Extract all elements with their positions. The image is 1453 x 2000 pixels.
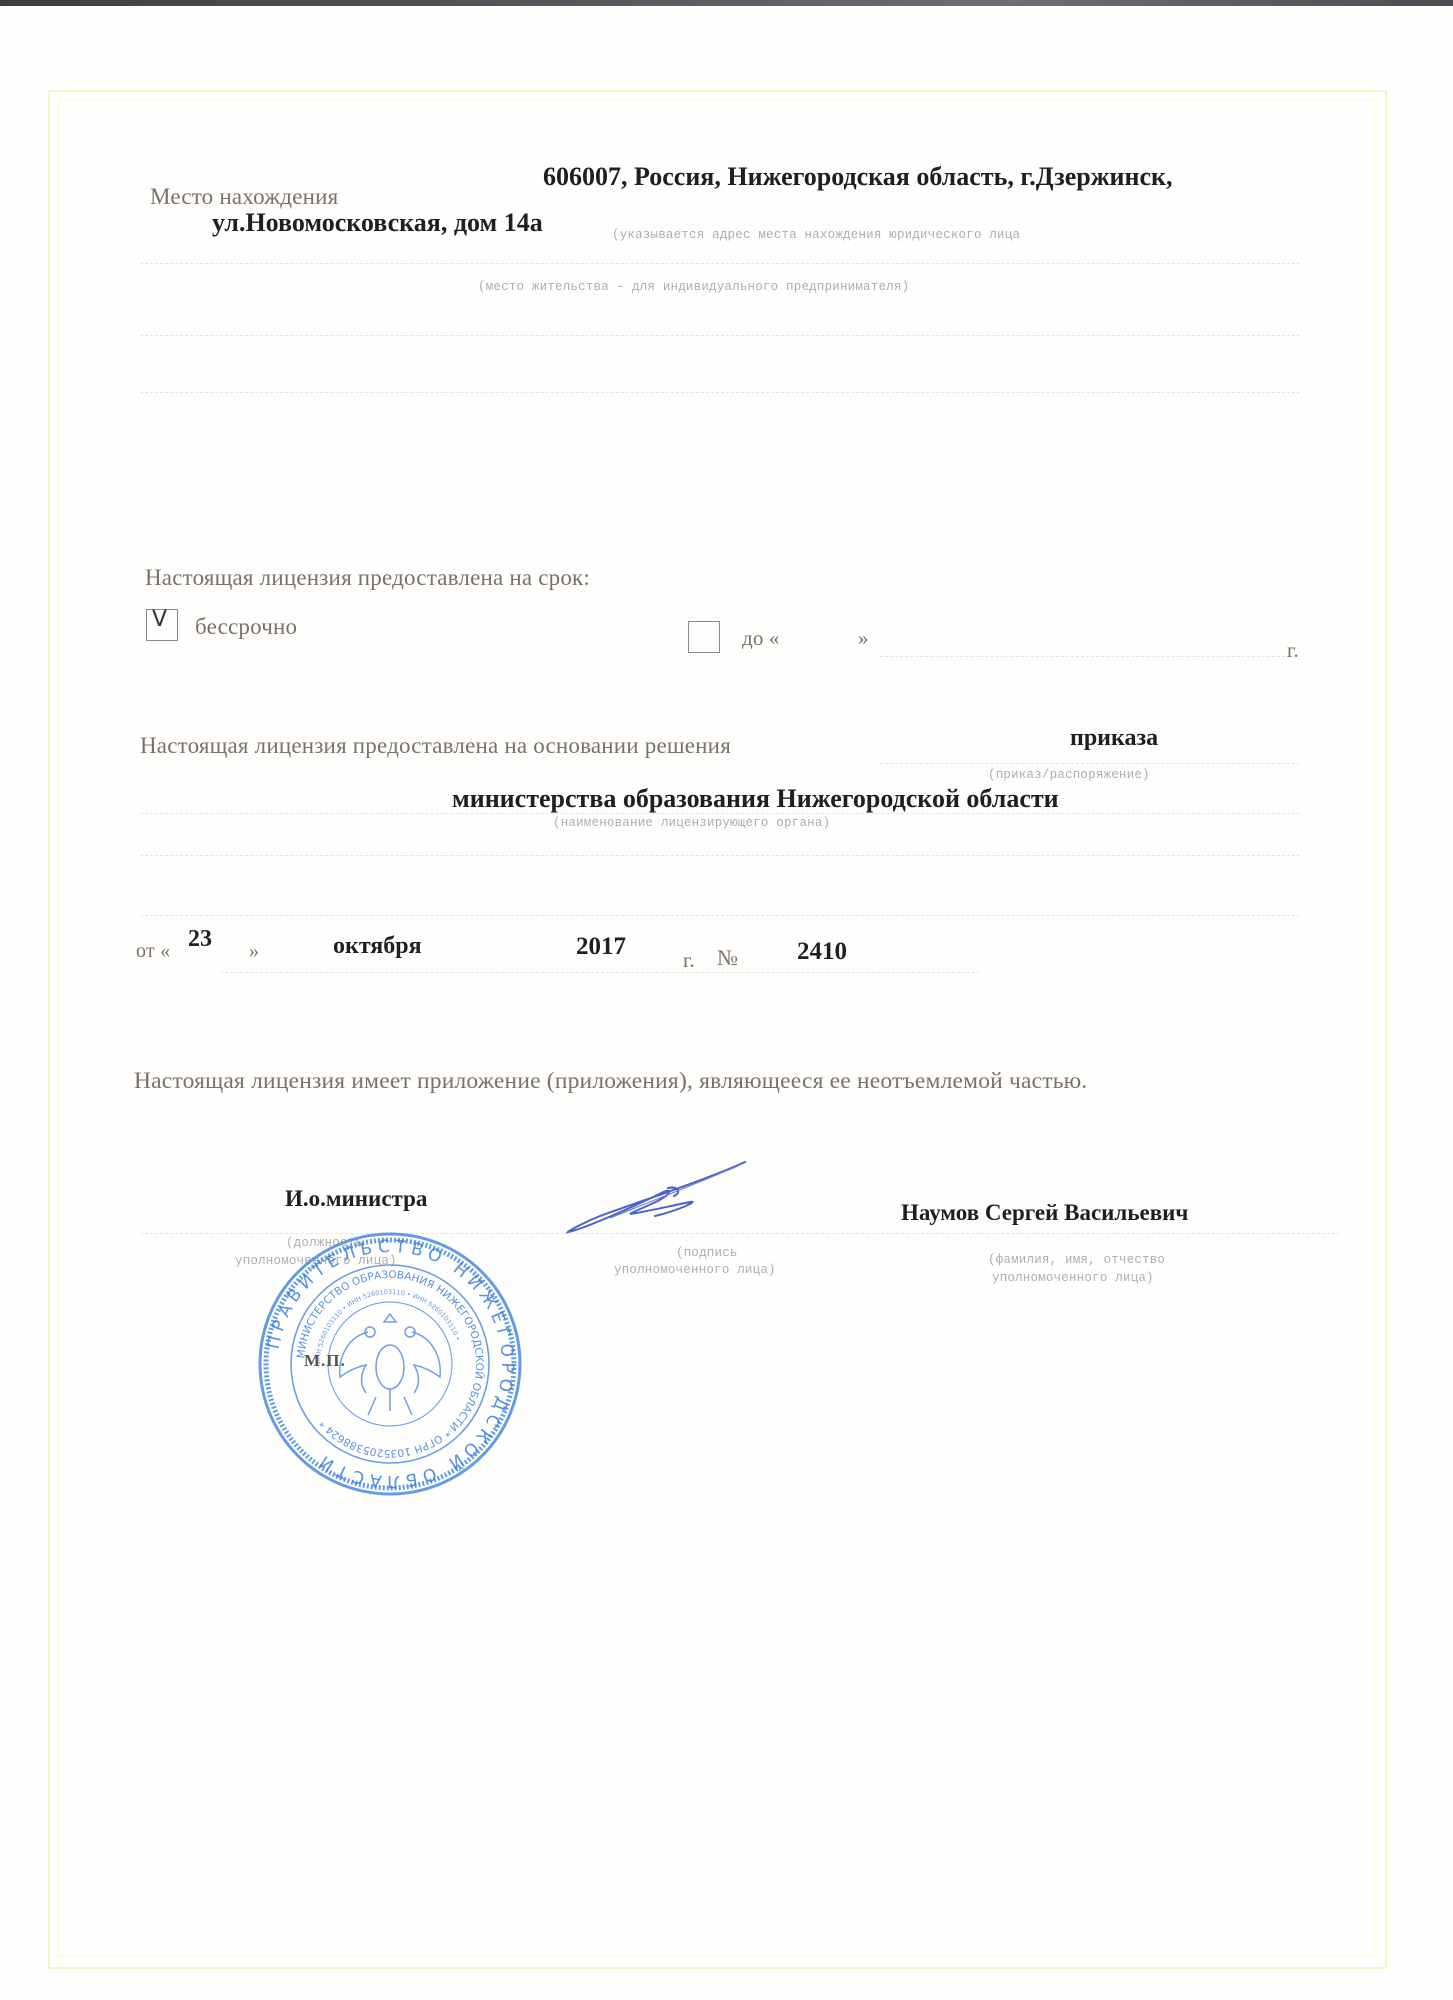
date-close-quote: » [249,940,259,963]
name-hint-2: уполномоченного лица) [992,1271,1154,1285]
address-hint-legal: (указывается адрес места нахождения юрид… [612,228,1020,242]
licensing-authority: министерства образования Нижегородской о… [452,784,1059,814]
name-hint-1: (фамилия, имя, отчество [988,1253,1165,1267]
address-rule-3 [140,392,1300,393]
handwritten-signature [560,1158,750,1238]
term-label: Настоящая лицензия предоставлена на срок… [145,565,590,591]
address-rule-1 [140,263,1300,264]
scan-top-edge [0,0,1453,6]
order-year: 2017 [576,933,626,961]
double-headed-eagle-icon [340,1314,441,1415]
basis-label: Настоящая лицензия предоставлена на осно… [140,733,731,759]
authority-rule-2 [140,855,1300,856]
location-label: Место нахождения [150,184,338,210]
address-line-2: ул.Новомосковская, дом 14а [212,208,543,238]
address-hint-individual: (место жительства – для индивидуального … [478,280,909,294]
address-rule-2 [140,335,1300,336]
official-seal-stamp: ПРАВИТЕЛЬСТВО НИЖЕГОРОДСКОЙ ОБЛАСТИ МИНИ… [258,1232,522,1496]
until-close-quote: » [858,626,869,651]
signature-hint-2: уполномоченного лица) [614,1263,776,1277]
unlimited-checkbox[interactable]: V [146,609,178,641]
until-label: до « [742,626,780,651]
order-month: октября [333,933,422,960]
until-date-rule [880,656,1290,657]
number-sign: № [717,945,738,971]
order-year-suffix: г. [683,948,695,973]
order-number: 2410 [797,938,847,966]
authority-rule [140,813,1300,814]
unlimited-label: бессрочно [195,614,297,640]
seal-place-label: М.П. [304,1351,346,1371]
license-form-inner-border [58,100,1375,1957]
doc-type-rule [880,763,1300,764]
date-prefix: от « [136,940,170,963]
order-day: 23 [188,926,212,953]
date-rule [220,972,980,973]
until-year-suffix: г. [1287,638,1299,663]
appendix-note: Настоящая лицензия имеет приложение (при… [134,1068,1088,1095]
until-date-checkbox[interactable] [688,621,720,653]
basis-doc-type: приказа [1070,725,1158,752]
signatory-position: И.о.министра [285,1186,427,1212]
check-mark-icon: V [152,607,167,632]
authority-hint: (наименование лицензирующего органа) [553,816,830,830]
signatory-name: Наумов Сергей Васильевич [901,1200,1188,1226]
signature-hint-1: (подпись [676,1246,738,1260]
address-line-1: 606007, Россия, Нижегородская область, г… [543,162,1173,192]
doc-type-hint: (приказ/распоряжение) [988,768,1150,782]
authority-rule-3 [140,915,1300,916]
